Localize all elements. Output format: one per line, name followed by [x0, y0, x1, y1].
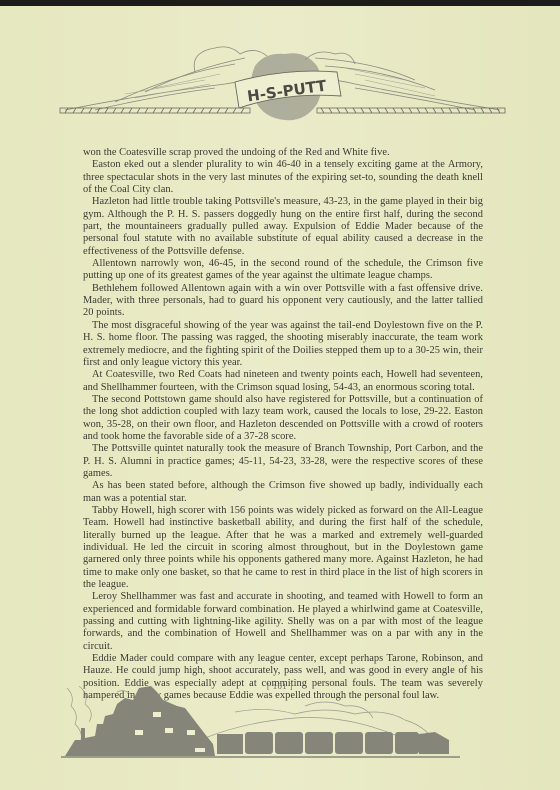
- paragraph: Hazleton had little trouble taking Potts…: [83, 196, 483, 258]
- paragraph: As has been stated before, although the …: [83, 480, 483, 505]
- paragraph: The Pottsville quintet naturally took th…: [83, 443, 483, 480]
- article-body: won the Coatesville scrap proved the und…: [83, 147, 483, 702]
- paragraph: The second Pottstown game should also ha…: [83, 394, 483, 443]
- paragraph: Bethlehem followed Allentown again with …: [83, 283, 483, 320]
- paragraph: won the Coatesville scrap proved the und…: [83, 147, 483, 159]
- paragraph: Leroy Shellhammer was fast and accurate …: [83, 591, 483, 653]
- paragraph: Allentown narrowly won, 46-45, in the se…: [83, 258, 483, 283]
- paragraph: At Coatesville, two Red Coats had ninete…: [83, 369, 483, 394]
- yearbook-page: H-S-PUTT won the Coatesville scrap prove…: [0, 6, 560, 790]
- page-number: [ 101 ]: [230, 681, 330, 691]
- paragraph: The most disgraceful showing of the year…: [83, 320, 483, 369]
- paragraph: Easton eked out a slender plurality to w…: [83, 159, 483, 196]
- paragraph: Tabby Howell, high scorer with 156 point…: [83, 505, 483, 591]
- header-ornament-illustration: H-S-PUTT: [55, 44, 510, 124]
